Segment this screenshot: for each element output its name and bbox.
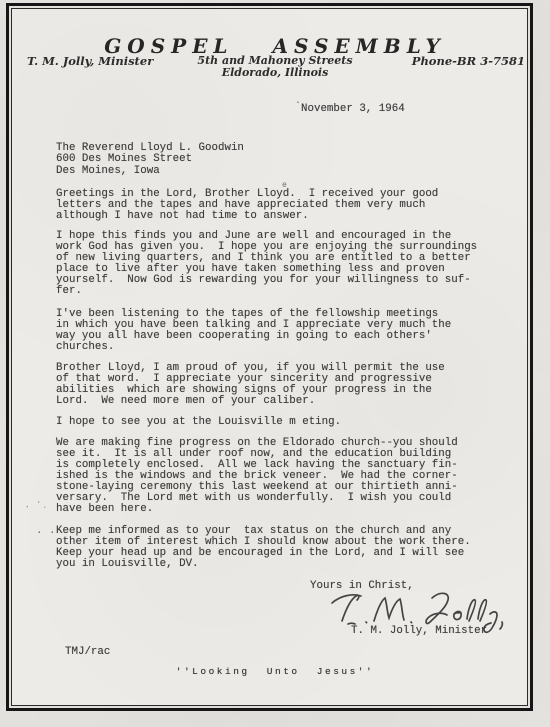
paragraph-wellbeing: I hope this finds you and June are well …	[56, 231, 477, 297]
typist-initials: TMJ/rac	[65, 647, 110, 658]
scanned-letter-page: { "letterhead": { "church_name": "GOSPEL…	[0, 0, 550, 727]
stray-mark-above-greeting: e	[282, 180, 287, 191]
stray-dot-near-date: .	[295, 96, 301, 107]
paragraph-eldorado-progress: We are making fine progress on the Eldor…	[56, 438, 458, 515]
typed-signature-name: T. M. Jolly, Minister	[351, 626, 487, 637]
paragraph-proud: Brother Lloyd, I am proud of you, if you…	[56, 363, 445, 407]
recipient-address: The Reverend Lloyd L. Goodwin 600 Des Mo…	[56, 143, 244, 177]
paragraph-tapes: I've been listening to the tapes of the …	[56, 309, 451, 353]
margin-dots-keep-paragraph: . .	[36, 526, 55, 537]
paragraph-greeting: Greetings in the Lord, Brother Lloyd. I …	[56, 189, 438, 222]
letterhead-phone: Phone-BR 3-7581	[400, 54, 525, 68]
footer-motto: ''Looking Unto Jesus''	[0, 666, 550, 677]
pencil-mark-left-margin-2: ·	[42, 503, 47, 514]
paragraph-tax-status: Keep me informed as to your tax status o…	[56, 526, 471, 570]
paragraph-louisville: I hope to see you at the Louisville m et…	[56, 417, 341, 428]
letter-date: November 3, 1964	[301, 104, 405, 115]
